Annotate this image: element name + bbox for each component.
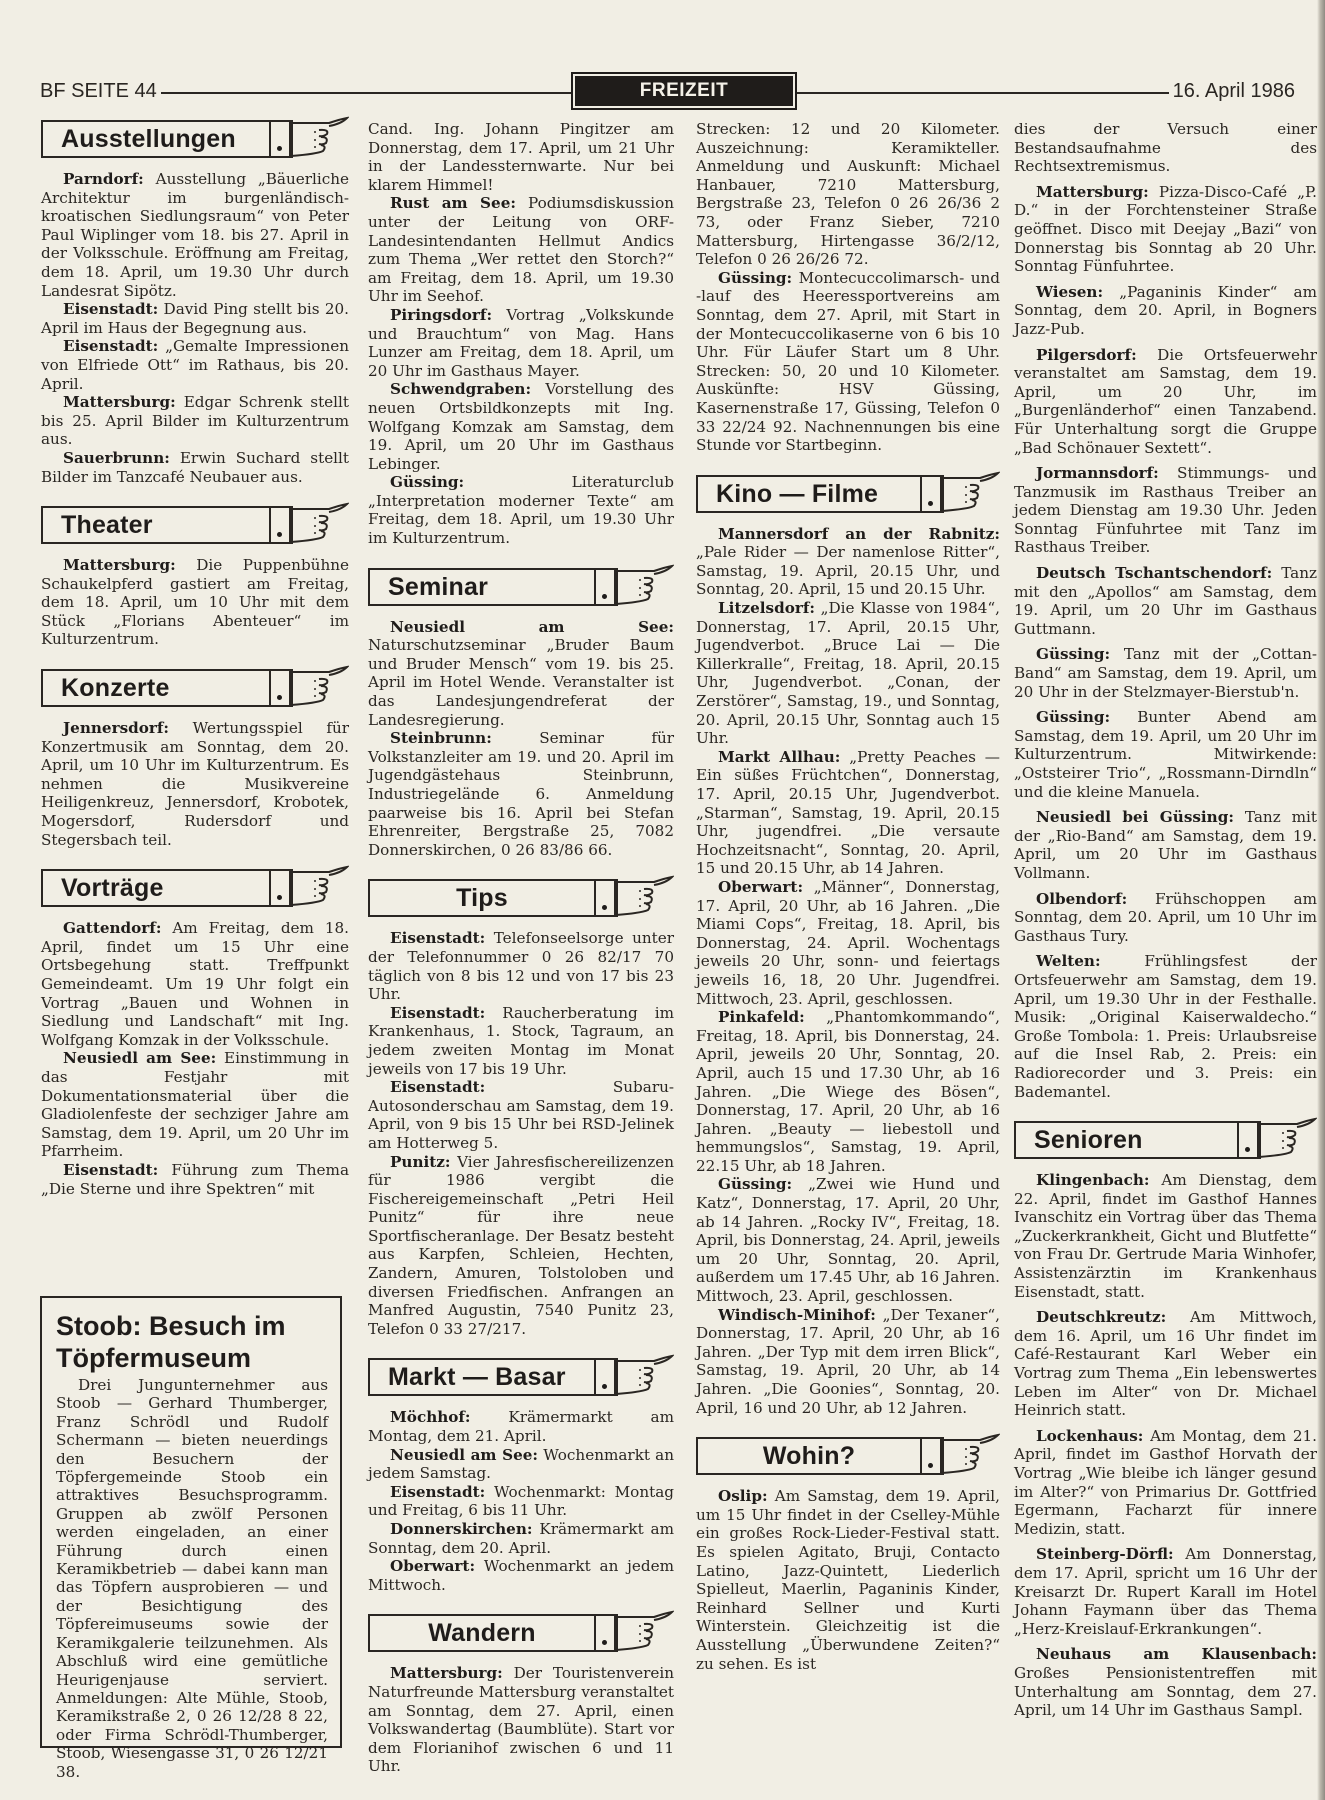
listing-place: Neusiedl am See: [63,1049,216,1067]
section-header-seminar: Seminar [368,568,674,604]
listing-text: Seminar für Volkstanzleiter am 19. und 2… [368,729,674,859]
listing-place: Güssing: [718,269,792,287]
listing-entry: Parndorf: Ausstellung „Bäuerliche Archit… [41,170,349,300]
feature-box-text: Drei Jungunternehmer aus Stoob — Gerhard… [56,1376,328,1781]
listing-place: Neusiedl bei Güssing: [1036,808,1234,826]
listing-text: „Phantomkommando“, Freitag, 18. April, b… [696,1008,1000,1175]
continued-text: Strecken: 12 und 20 Kilometer. Auszeichn… [696,120,1000,269]
listing-text: „Pale Rider — Der namenlose Ritter“, Sam… [696,543,1000,598]
section-title: Konzerte [43,671,269,705]
section-title: Ausstellungen [43,122,269,156]
listing-place: Steinbrunn: [390,729,492,747]
pointing-hand-icon [289,865,349,909]
continued-text: dies der Versuch einer Bestandsaufnahme … [1014,120,1317,176]
listing-place: Markt Allhau: [718,748,840,766]
listing-text: „Die Klasse von 1984“, Donnerstag, 17. A… [696,599,1000,747]
listing-text: Ausstellung „Bäuerliche Architektur im b… [41,170,349,300]
listing-entry: Windisch-Minihof: „Der Texaner“, Donners… [696,1306,1000,1418]
listing-place: Güssing: [718,1175,792,1193]
pointing-hand-icon [289,116,349,160]
section-header-ausstellungen: Ausstellungen [41,120,349,156]
listing-text: Am Dienstag, dem 22. April, findet im Ga… [1014,1171,1317,1301]
listing-place: Güssing: [390,473,464,491]
listing-entry: Gattendorf: Am Freitag, dem 18. April, f… [41,919,349,1049]
listing-place: Steinberg-Dörfl: [1036,1545,1174,1563]
listing-place: Deutschkreutz: [1036,1308,1166,1326]
listing-place: Möchhof: [390,1408,471,1426]
listing-text: Frühlingsfest der Ortsfeuerwehr am Samst… [1014,952,1317,1100]
listing-place: Eisenstadt: [63,1161,158,1179]
section-header-theater: Theater [41,506,349,542]
section-dot-marker [269,671,291,705]
listing-place: Wiesen: [1036,283,1103,301]
listing-place: Punitz: [390,1153,451,1171]
listing-place: Neusiedl am See: [390,1446,538,1464]
listing-entry: Oslip: Am Samstag, dem 19. April, um 15 … [696,1487,1000,1673]
listing-entry: Schwendgraben: Vorstellung des neuen Ort… [368,380,674,473]
feature-box-title: Stoob: Besuch im Töpfermuseum [56,1310,328,1374]
listing-entry: Eisenstadt: „Gemalte Impressionen von El… [41,337,349,393]
column-2: Cand. Ing. Johann Pingitzer am Donnersta… [368,120,674,1776]
listing-place: Deutsch Tschantschendorf: [1036,564,1272,582]
section-header-kino-filme: Kino — Filme [696,475,1000,511]
listing-place: Güssing: [1036,708,1110,726]
listing-place: Oslip: [718,1487,768,1505]
listing-text: Am Samstag, dem 19. April, um 15 Uhr fin… [696,1487,1000,1672]
listing-place: Mattersburg: [1036,183,1149,201]
listing-entry: Steinbrunn: Seminar für Volkstanzleiter … [368,729,674,859]
listing-text: Wertungsspiel für Konzertmusik am Sonnta… [41,719,349,849]
listing-place: Sauerbrunn: [63,449,170,467]
section-title: Theater [43,508,269,542]
listing-entry: Deutsch Tschantschendorf: Tanz mit den „… [1014,564,1317,638]
section-header-vorträge: Vorträge [41,869,349,905]
listing-entry: Litzelsdorf: „Die Klasse von 1984“, Donn… [696,599,1000,748]
pointing-hand-icon [614,1610,674,1654]
issue-date: 16. April 1986 [1169,80,1295,103]
pointing-hand-icon [614,875,674,919]
listing-entry: Güssing: Literaturclub „Interpretation m… [368,473,674,547]
listing-text: Am Freitag, dem 18. April, findet um 15 … [41,919,349,1049]
section-title: Senioren [1016,1123,1237,1157]
pointing-hand-icon [289,502,349,546]
section-header-konzerte: Konzerte [41,669,349,705]
listing-entry: Sauerbrunn: Erwin Suchard stellt Bilder … [41,449,349,486]
listing-entry: Welten: Frühlingsfest der Ortsfeuerwehr … [1014,952,1317,1101]
listing-entry: Güssing: Montecuccolimarsch- und -lauf d… [696,269,1000,455]
section-title: Vorträge [43,871,269,905]
listing-place: Eisenstadt: [390,1483,485,1501]
listing-place: Litzelsdorf: [718,599,815,617]
listing-place: Mattersburg: [390,1664,503,1682]
listing-entry: Mannersdorf an der Rabnitz: „Pale Rider … [696,525,1000,599]
listing-entry: Mattersburg: Edgar Schrenk stellt bis 25… [41,393,349,449]
listing-entry: Jormannsdorf: Stimmungs- und Tanzmusik i… [1014,464,1317,557]
section-header-wandern: Wandern [368,1614,674,1650]
listing-entry: Güssing: Tanz mit der „Cottan-Band“ am S… [1014,645,1317,701]
listing-place: Parndorf: [63,170,144,188]
listing-entry: Jennersdorf: Wertungsspiel für Konzertmu… [41,719,349,849]
listing-entry: Eisenstadt: Telefonseelsorge unter der T… [368,929,674,1003]
listing-place: Windisch-Minihof: [718,1306,876,1324]
listing-text: Montecuccolimarsch- und -lauf des Heeres… [696,269,1000,454]
section-dot-marker [269,508,291,542]
listing-entry: Markt Allhau: „Pretty Peaches — Ein süße… [696,748,1000,878]
listing-text: „Männer“, Donnerstag, 17. April, 20 Uhr,… [696,878,1000,1008]
listing-text: Großes Pensionistentreffen mit Unterhalt… [1014,1664,1317,1719]
listing-place: Eisenstadt: [63,300,158,318]
section-title: Wohin? [698,1439,920,1473]
section-banner: FREIZEIT [573,74,795,108]
column-3: Strecken: 12 und 20 Kilometer. Auszeichn… [696,120,1000,1673]
listing-place: Lockenhaus: [1036,1427,1143,1445]
listing-place: Pinkafeld: [718,1008,805,1026]
listing-place: Oberwart: [718,878,803,896]
column-4: dies der Versuch einer Bestandsaufnahme … [1014,120,1317,1727]
section-header-markt-basar: Markt — Basar [368,1358,674,1394]
listing-entry: Pilgersdorf: Die Ortsfeuerwehr veranstal… [1014,346,1317,458]
listing-entry: Güssing: „Zwei wie Hund und Katz“, Donne… [696,1175,1000,1305]
listing-entry: Mattersburg: Pizza-Disco-Café „P. D.“ in… [1014,183,1317,276]
section-dot-marker [1237,1123,1259,1157]
listing-entry: Neusiedl am See: Naturschutzseminar „Bru… [368,618,674,730]
listing-entry: Rust am See: Podiumsdiskussion unter der… [368,194,674,306]
section-title: Tips [370,881,594,915]
page-label: BF SEITE 44 [40,80,161,103]
listing-entry: Deutschkreutz: Am Mittwoch, dem 16. Apri… [1014,1308,1317,1420]
listing-place: Eisenstadt: [390,1004,485,1022]
listing-entry: Eisenstadt: Raucherberatung im Krankenha… [368,1004,674,1078]
masthead: BF SEITE 44 FREIZEIT 16. April 1986 [40,78,1295,108]
listing-place: Mannersdorf an der Rabnitz: [718,525,1000,543]
pointing-hand-icon [614,1354,674,1398]
listing-place: Piringsdorf: [390,306,492,324]
listing-entry: Möchhof: Krämermarkt am Montag, dem 21. … [368,1408,674,1445]
listing-entry: Eisenstadt: Wochenmarkt: Montag und Frei… [368,1483,674,1520]
listing-place: Eisenstadt: [390,1078,485,1096]
section-title: Kino — Filme [698,477,920,511]
listing-entry: Lockenhaus: Am Montag, dem 21. April, fi… [1014,1427,1317,1539]
listing-place: Gattendorf: [63,919,161,937]
pointing-hand-icon [940,471,1000,515]
listing-entry: Güssing: Bunter Abend am Samstag, dem 19… [1014,708,1317,801]
listing-entry: Eisenstadt: David Ping stellt bis 20. Ap… [41,300,349,337]
listing-place: Eisenstadt: [63,337,158,355]
listing-place: Pilgersdorf: [1036,346,1137,364]
pointing-hand-icon [940,1433,1000,1477]
listing-entry: Mattersburg: Die Puppenbühne Schaukelpfe… [41,556,349,649]
section-dot-marker [594,1616,616,1650]
listing-text: Vier Jahresfischereilizenzen für 1986 ve… [368,1153,674,1338]
listing-place: Mattersburg: [63,556,176,574]
listing-entry: Olbendorf: Frühschoppen am Sonntag, dem … [1014,890,1317,946]
listing-text: „Pretty Peaches — Ein süßes Früchtchen“,… [696,748,1000,878]
continued-text: Cand. Ing. Johann Pingitzer am Donnersta… [368,120,674,194]
listing-entry: Eisenstadt: Führung zum Thema „Die Stern… [41,1161,349,1198]
listing-entry: Piringsdorf: Vortrag „Volkskunde und Bra… [368,306,674,380]
section-title: Seminar [370,570,594,604]
pointing-hand-icon [289,665,349,709]
listing-place: Neuhaus am Klausenbach: [1036,1645,1317,1663]
listing-place: Mattersburg: [63,393,176,411]
feature-box-stoob: Stoob: Besuch im Töpfermuseum Drei Jungu… [40,1296,342,1748]
listing-entry: Punitz: Vier Jahresfischereilizenzen für… [368,1153,674,1339]
pointing-hand-icon [614,564,674,608]
section-title: Wandern [370,1616,594,1650]
listing-entry: Mattersburg: Der Touristenverein Naturfr… [368,1664,674,1776]
listing-place: Olbendorf: [1036,890,1127,908]
listing-place: Welten: [1036,952,1101,970]
column-1: Ausstellungen Parndorf: Ausstellung „Bäu… [41,120,349,1198]
section-header-senioren: Senioren [1014,1121,1317,1157]
listing-place: Jennersdorf: [63,719,169,737]
section-dot-marker [594,570,616,604]
listing-entry: Neuhaus am Klausenbach: Großes Pensionis… [1014,1645,1317,1719]
listing-text: Naturschutzseminar „Bruder Baum und Brud… [368,636,674,728]
section-dot-marker [920,1439,942,1473]
listing-place: Jormannsdorf: [1036,464,1159,482]
listing-entry: Pinkafeld: „Phantomkommando“, Freitag, 1… [696,1008,1000,1175]
listing-entry: Klingenbach: Am Dienstag, dem 22. April,… [1014,1171,1317,1301]
listing-place: Schwendgraben: [390,380,531,398]
listing-place: Oberwart: [390,1557,475,1575]
section-title: Markt — Basar [370,1360,594,1394]
listing-text: „Zwei wie Hund und Katz“, Donnerstag, 17… [696,1175,1000,1305]
listing-entry: Oberwart: „Männer“, Donnerstag, 17. Apri… [696,878,1000,1008]
page-edge-shadow [1317,0,1325,1800]
pointing-hand-icon [1257,1117,1317,1161]
listing-place: Eisenstadt: [390,929,485,947]
listing-entry: Neusiedl am See: Einstimmung in das Fest… [41,1049,349,1161]
section-header-wohin-: Wohin? [696,1437,1000,1473]
listing-place: Güssing: [1036,645,1110,663]
section-dot-marker [269,871,291,905]
listing-entry: Eisenstadt: Subaru-Autosonderschau am Sa… [368,1078,674,1152]
section-dot-marker [269,122,291,156]
listing-entry: Neusiedl bei Güssing: Tanz mit der „Rio-… [1014,808,1317,882]
listing-place: Klingenbach: [1036,1171,1149,1189]
section-dot-marker [920,477,942,511]
listing-place: Rust am See: [390,194,516,212]
listing-entry: Neusiedl am See: Wochenmarkt an jedem Sa… [368,1446,674,1483]
listing-entry: Wiesen: „Paganinis Kinder“ am Sonntag, d… [1014,283,1317,339]
listing-place: Donnerskirchen: [390,1520,533,1538]
listing-place: Neusiedl am See: [390,618,674,636]
section-dot-marker [594,881,616,915]
listing-entry: Oberwart: Wochenmarkt an jedem Mittwoch. [368,1557,674,1594]
section-dot-marker [594,1360,616,1394]
section-header-tips: Tips [368,879,674,915]
listing-entry: Donnerskirchen: Krämermarkt am Sonntag, … [368,1520,674,1557]
listing-entry: Steinberg-Dörfl: Am Donnerstag, dem 17. … [1014,1545,1317,1638]
